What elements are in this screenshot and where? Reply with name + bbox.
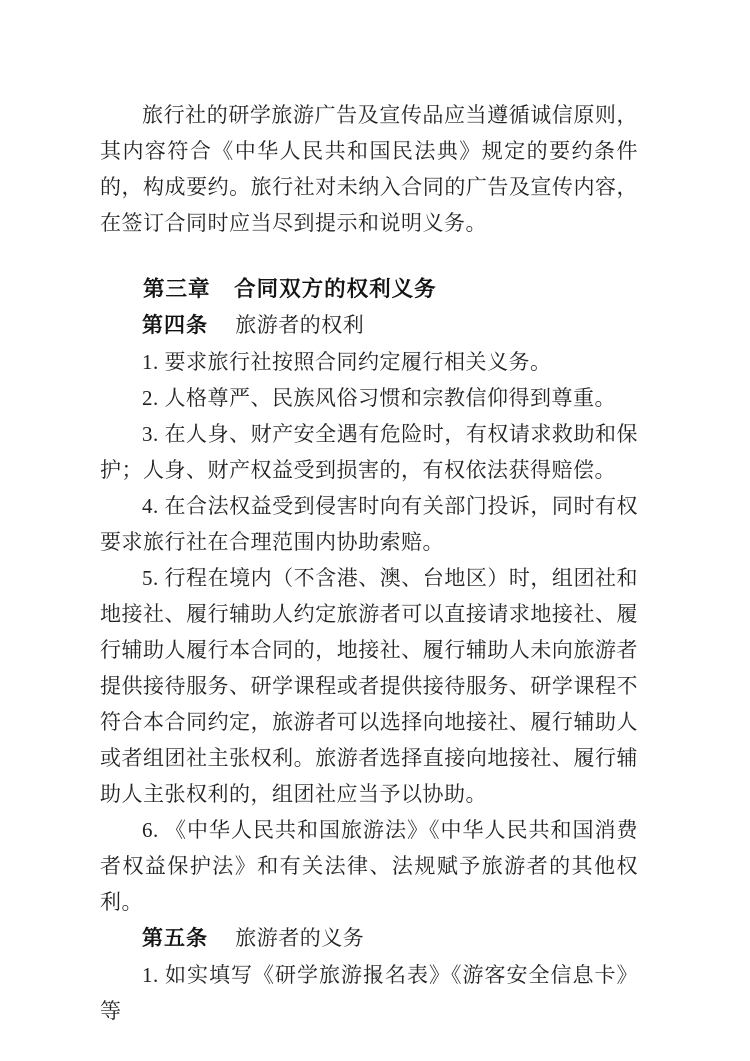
paragraph: 1. 要求旅行社按照合同约定履行相关义务。 — [100, 344, 638, 380]
contract-text-block: 旅行社的研学旅游广告及宣传品应当遵循诚信原则，其内容符合《中华人民共和国民法典》… — [0, 0, 750, 1029]
heading-title: 合同双方的权利义务 — [234, 277, 437, 301]
paragraph: 3. 在人身、财产安全遇有危险时，有权请求救助和保护；人身、财产权益受到损害的，… — [100, 416, 638, 488]
article-heading: 第四条旅游者的权利 — [100, 307, 638, 344]
page-number: 5 — [0, 966, 750, 984]
heading-label: 第三章 — [143, 277, 211, 301]
heading-label: 第四条 — [142, 314, 208, 337]
heading-label: 第五条 — [142, 927, 208, 950]
heading-title: 旅游者的权利 — [235, 313, 364, 337]
paragraph: 2. 人格尊严、民族风俗习惯和宗教信仰得到尊重。 — [100, 380, 638, 416]
paragraph: 5. 行程在境内（不含港、澳、台地区）时，组团社和地接社、履行辅助人约定旅游者可… — [100, 560, 638, 812]
paragraph: 旅行社的研学旅游广告及宣传品应当遵循诚信原则，其内容符合《中华人民共和国民法典》… — [100, 97, 638, 241]
paragraph: 4. 在合法权益受到侵害时向有关部门投诉，同时有权要求旅行社在合理范围内协助索赔… — [100, 488, 638, 560]
document-page: 旅行社的研学旅游广告及宣传品应当遵循诚信原则，其内容符合《中华人民共和国民法典》… — [0, 0, 750, 1061]
heading-title: 旅游者的义务 — [235, 926, 364, 950]
chapter-heading: 第三章合同双方的权利义务 — [100, 271, 638, 307]
paragraph: 6. 《中华人民共和国旅游法》《中华人民共和国消费者权益保护法》和有关法律、法规… — [100, 812, 638, 920]
article-heading: 第五条旅游者的义务 — [100, 920, 638, 957]
